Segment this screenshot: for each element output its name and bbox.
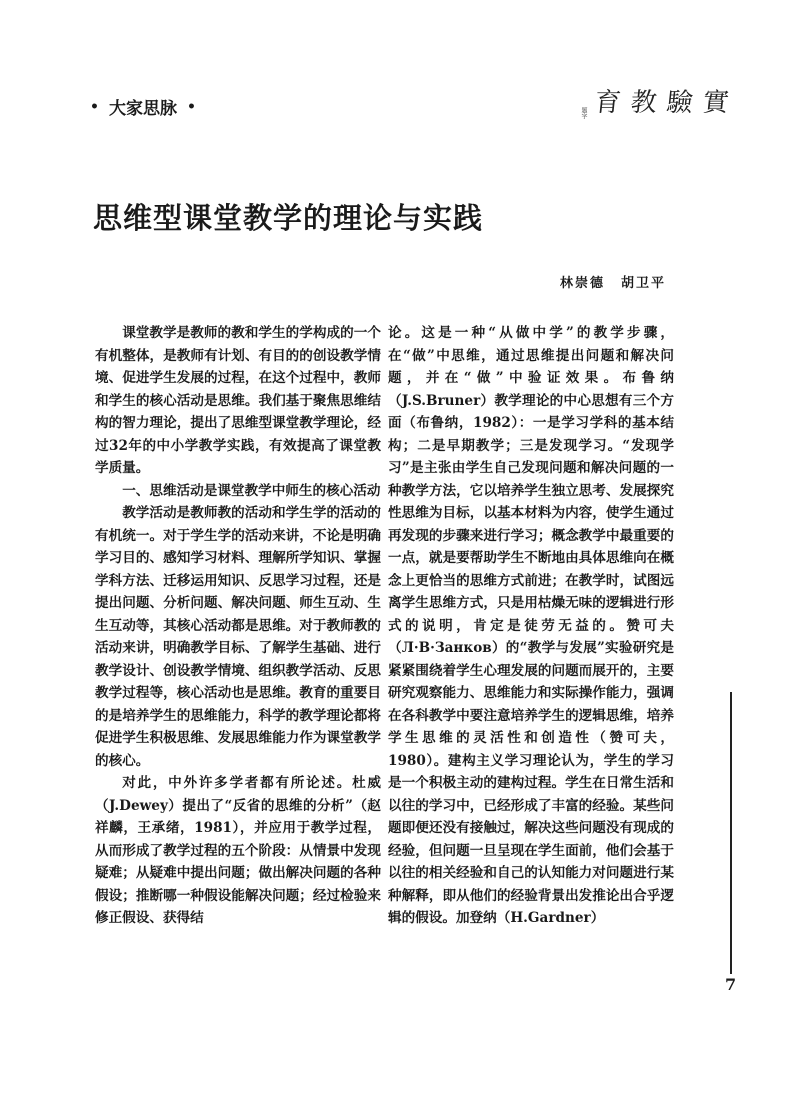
page-number: 7 (725, 975, 736, 994)
section-tag-label: 大家思脉 (109, 94, 177, 119)
article-title: 思维型课堂教学的理论与实践 (93, 196, 483, 237)
author-name: 胡卫平 (621, 272, 666, 291)
right-column: 论。这是一种“从做中学”的教学步骤，在“做”中思维，通过思维提出问题和解决问题，… (388, 322, 674, 930)
journal-logo: 题字 育教驗實 (580, 82, 739, 119)
margin-rule (730, 692, 732, 974)
section-heading: 一、思维活动是课堂教学中师生的核心活动 (95, 480, 381, 503)
author-name: 林崇德 (560, 272, 605, 291)
section-tag: • 大家思脉 • (90, 94, 196, 119)
article-authors: 林崇德 胡卫平 (560, 272, 666, 291)
logo-calligraphy: 育教驗實 (593, 82, 741, 119)
body-paragraph: 教学活动是教师教的活动和学生学的活动的有机统一。对于学生学的活动来讲，不论是明确… (95, 502, 381, 772)
logo-stamp: 题字 (580, 107, 587, 119)
left-column: 课堂教学是教师的教和学生的学构成的一个有机整体，是教师有计划、有目的的创设教学情… (95, 322, 381, 930)
bullet-icon: • (187, 99, 196, 115)
body-paragraph: 课堂教学是教师的教和学生的学构成的一个有机整体，是教师有计划、有目的的创设教学情… (95, 322, 381, 480)
bullet-icon: • (90, 99, 99, 115)
body-paragraph: 论。这是一种“从做中学”的教学步骤，在“做”中思维，通过思维提出问题和解决问题，… (388, 322, 674, 930)
body-paragraph: 对此，中外许多学者都有所论述。杜威（J.Dewey）提出了“反省的思维的分析”（… (95, 772, 381, 930)
